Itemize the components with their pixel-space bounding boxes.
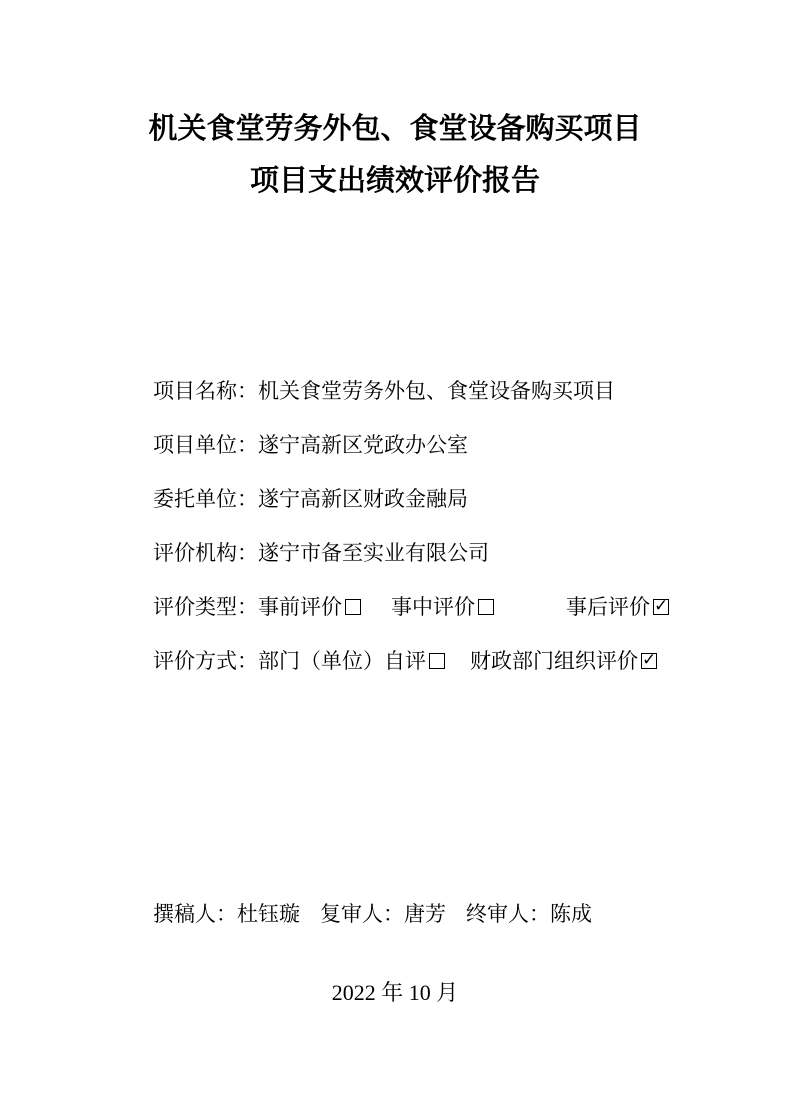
option-mid-evaluation-label: 事中评价: [391, 595, 475, 619]
reviewer-role-label: 复审人：: [320, 902, 404, 926]
report-title: 机关食堂劳务外包、食堂设备购买项目项目支出绩效评价报告: [0, 103, 790, 207]
option-self-evaluation-label: 部门（单位）自评: [258, 649, 426, 673]
option-finance-dept-evaluation: 财政部门组织评价: [470, 649, 657, 673]
report-title-line1: 机关食堂劳务外包、食堂设备购买项目: [0, 103, 790, 155]
drafter-name: 杜钰璇: [237, 902, 300, 926]
checkbox-mid-evaluation-icon: [478, 599, 494, 615]
option-pre-evaluation: 事前评价: [258, 595, 361, 619]
field-row-project-name: 项目名称：机关食堂劳务外包、食堂设备购买项目: [153, 364, 770, 418]
final-approver: 终审人：陈成: [466, 902, 592, 926]
checkbox-self-evaluation-icon: [429, 653, 445, 669]
signatories-line: 撰稿人：杜钰璇复审人：唐芳终审人：陈成: [153, 887, 592, 941]
eval-method-label: 评价方式：: [153, 649, 258, 673]
report-title-line2: 项目支出绩效评价报告: [0, 155, 790, 207]
checkbox-finance-dept-evaluation-icon: [641, 653, 657, 669]
option-mid-evaluation: 事中评价: [391, 595, 494, 619]
field-row-entrusting-unit: 委托单位：遂宁高新区财政金融局: [153, 472, 770, 526]
report-date: 2022 年 10 月: [0, 966, 790, 1020]
eval-type-label: 评价类型：: [153, 595, 258, 619]
field-row-evaluation-agency: 评价机构：遂宁市备至实业有限公司: [153, 526, 770, 580]
field-row-eval-method: 评价方式：部门（单位）自评财政部门组织评价: [153, 634, 770, 688]
evaluation-agency-label: 评价机构：: [153, 541, 258, 565]
entrusting-unit-label: 委托单位：: [153, 487, 258, 511]
option-post-evaluation: 事后评价: [566, 595, 669, 619]
final-approver-role-label: 终审人：: [466, 902, 550, 926]
field-row-eval-type: 评价类型：事前评价事中评价事后评价: [153, 580, 770, 634]
checkbox-pre-evaluation-icon: [345, 599, 361, 615]
final-approver-name: 陈成: [550, 902, 592, 926]
option-finance-dept-evaluation-label: 财政部门组织评价: [470, 649, 638, 673]
option-post-evaluation-label: 事后评价: [566, 595, 650, 619]
checkbox-post-evaluation-icon: [653, 599, 669, 615]
option-pre-evaluation-label: 事前评价: [258, 595, 342, 619]
evaluation-agency-value: 遂宁市备至实业有限公司: [258, 541, 489, 565]
project-name-label: 项目名称：: [153, 379, 258, 403]
option-self-evaluation: 部门（单位）自评: [258, 649, 445, 673]
reviewer-name: 唐芳: [404, 902, 446, 926]
project-unit-value: 遂宁高新区党政办公室: [258, 433, 468, 457]
cover-fields: 项目名称：机关食堂劳务外包、食堂设备购买项目 项目单位：遂宁高新区党政办公室 委…: [153, 364, 770, 688]
drafter: 撰稿人：杜钰璇: [153, 902, 300, 926]
entrusting-unit-value: 遂宁高新区财政金融局: [258, 487, 468, 511]
report-cover-page: 机关食堂劳务外包、食堂设备购买项目项目支出绩效评价报告 项目名称：机关食堂劳务外…: [0, 0, 790, 1118]
drafter-role-label: 撰稿人：: [153, 902, 237, 926]
project-unit-label: 项目单位：: [153, 433, 258, 457]
reviewer: 复审人：唐芳: [320, 902, 446, 926]
field-row-project-unit: 项目单位：遂宁高新区党政办公室: [153, 418, 770, 472]
project-name-value: 机关食堂劳务外包、食堂设备购买项目: [258, 379, 615, 403]
